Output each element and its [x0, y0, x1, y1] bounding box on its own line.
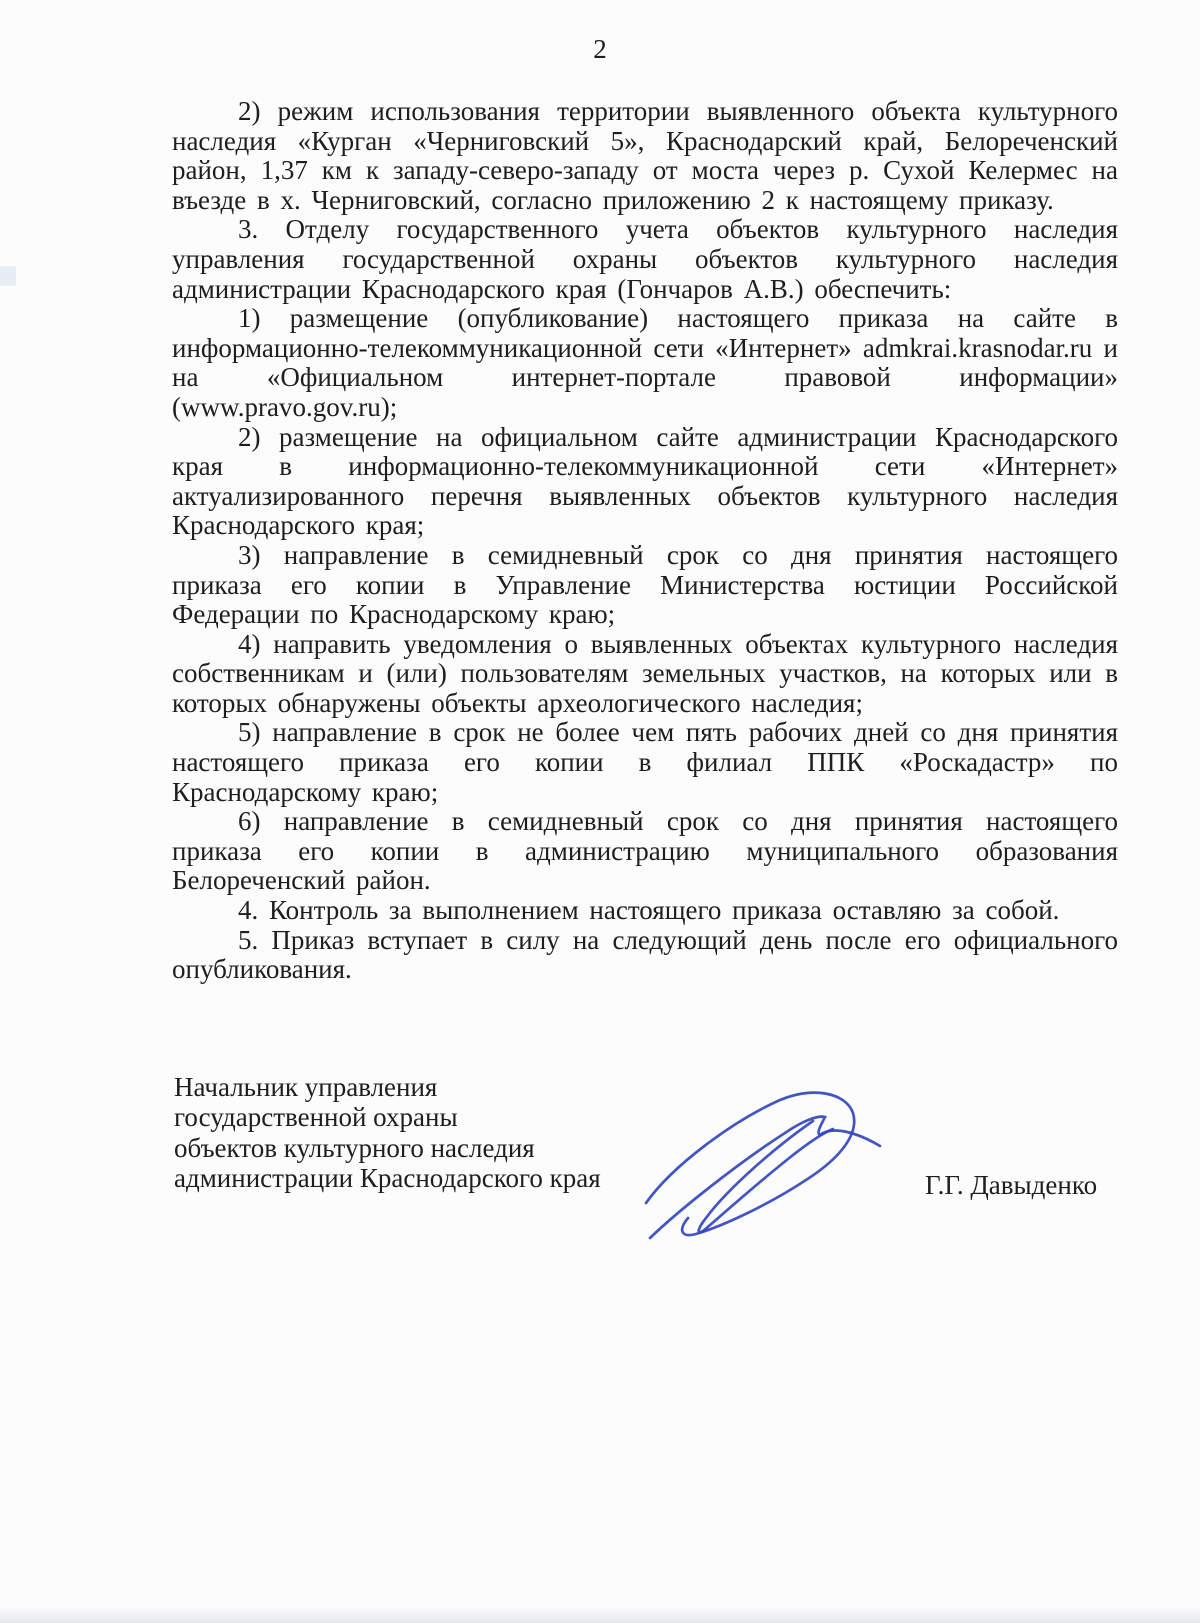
- page-number: 2: [0, 34, 1200, 64]
- paragraph-item-2-territory-regime: 2) режим использования территории выявле…: [172, 97, 1118, 215]
- paragraph-subitem-2-site-list: 2) размещение на официальном сайте админ…: [172, 423, 1118, 541]
- scan-artifact-bottom-edge: [0, 1607, 1200, 1623]
- signer-position-line: Начальник управления: [174, 1072, 601, 1102]
- signer-position-line: администрации Краснодарского края: [174, 1163, 601, 1193]
- paragraph-subitem-6-municipality: 6) направление в семидневный срок со дня…: [172, 807, 1118, 896]
- signer-name: Г.Г. Давыденко: [925, 1170, 1097, 1200]
- paragraph-subitem-4-owner-notices: 4) направить уведомления о выявленных об…: [172, 630, 1118, 719]
- paragraph-subitem-5-roskadastr: 5) направление в срок не более чем пять …: [172, 718, 1118, 807]
- paragraph-item-5-effective-date: 5. Приказ вступает в силу на следующий д…: [172, 926, 1118, 985]
- paragraph-item-3-department-assignment: 3. Отделу государственного учета объекто…: [172, 215, 1118, 304]
- paragraph-item-4-control: 4. Контроль за выполнением настоящего пр…: [172, 896, 1118, 926]
- signature-ink-icon: [618, 1083, 898, 1255]
- paragraph-subitem-3-justice-ministry: 3) направление в семидневный срок со дня…: [172, 541, 1118, 630]
- paragraph-subitem-1-publication: 1) размещение (опубликование) настоящего…: [172, 304, 1118, 422]
- document-body: 2) режим использования территории выявле…: [172, 97, 1118, 985]
- signer-position-line: государственной охраны: [174, 1102, 601, 1132]
- document-page: 2 2) режим использования территории выяв…: [0, 0, 1200, 1623]
- signer-position-line: объектов культурного наследия: [174, 1133, 601, 1163]
- scan-artifact-smudge: [0, 266, 16, 286]
- signature-block: Начальник управления государственной охр…: [174, 1072, 601, 1194]
